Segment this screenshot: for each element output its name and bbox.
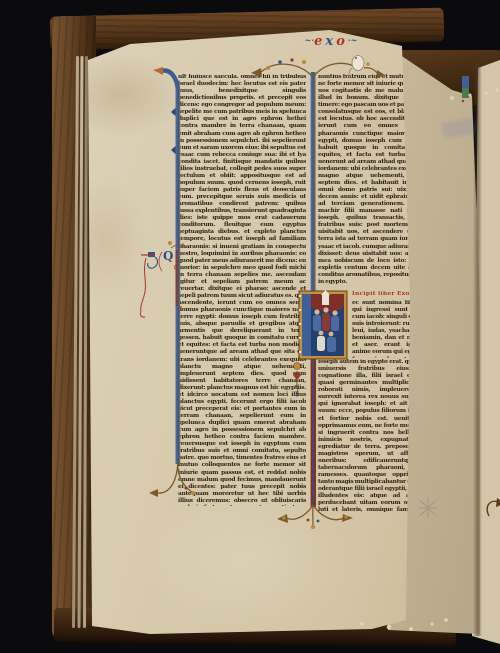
manuscript-photo: ~·exo·~ ult huiusce saecula. omnes hii i… (0, 0, 500, 653)
torn-parchment-flecks (360, 88, 499, 631)
next-page-initial-sliver (462, 76, 469, 102)
initial-filigree (159, 241, 186, 271)
facing-page-flourish (487, 498, 500, 516)
illumination-overlay (0, 0, 500, 653)
margin-paragraph-mark (140, 252, 157, 317)
historiated-initial (293, 290, 347, 397)
left-bar-ornament (149, 67, 195, 497)
ink-bleedthrough-mark (419, 498, 437, 518)
